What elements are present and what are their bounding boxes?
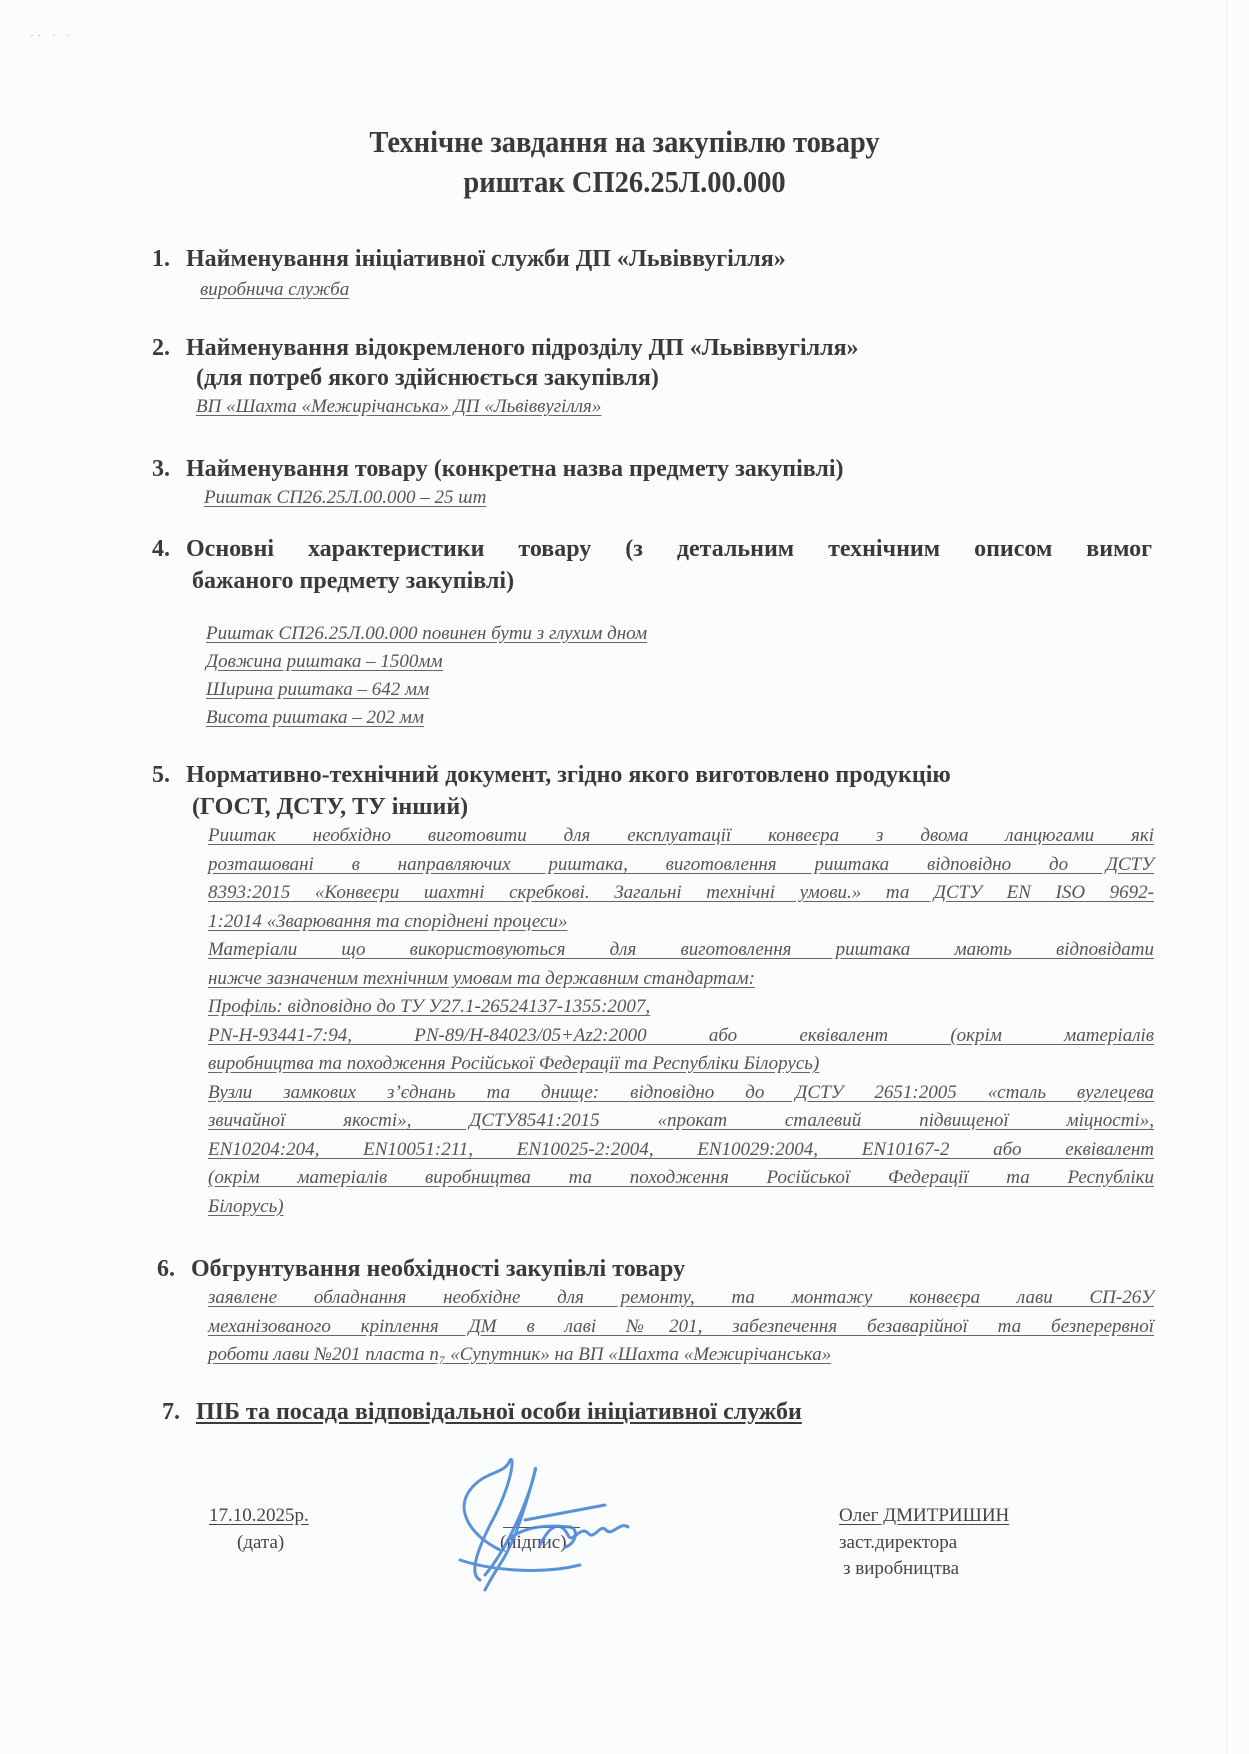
section-number: 1. bbox=[152, 244, 186, 274]
section-heading-cont: бажаного предмету закупівлі) bbox=[152, 566, 1152, 596]
section-heading: ПІБ та посада відповідальної особи ініці… bbox=[196, 1399, 802, 1425]
body-line: Профіль: відповідно до ТУ У27.1-26524137… bbox=[208, 996, 650, 1017]
section-heading-cont: (для потреб якого здійснюється закупівля… bbox=[152, 363, 1052, 393]
section-4: 4.Основні характеристики товару (з детал… bbox=[152, 534, 1152, 732]
date-label: (дата) bbox=[237, 1532, 284, 1554]
scan-mark: ·· · · bbox=[30, 30, 74, 42]
body-line: роботи лави №201 пласта n₇ «Супутник» на… bbox=[208, 1344, 831, 1365]
body-line: заявлене обладнання необхідне для ремонт… bbox=[208, 1284, 1154, 1313]
spec-line: Ширина риштака – 642 мм bbox=[206, 679, 429, 700]
section-body: Риштак необхідно виготовити для експлуат… bbox=[152, 822, 1154, 1221]
body-line: виробництва та походження Російської Фед… bbox=[208, 1053, 819, 1074]
section-value: ВП «Шахта «Межирічанська» ДП «Львіввугіл… bbox=[196, 396, 601, 417]
section-heading: Найменування товару (конкретна назва пре… bbox=[186, 456, 844, 482]
section-heading-cont: (ГОСТ, ДСТУ, ТУ інший) bbox=[152, 792, 1154, 822]
section-number: 2. bbox=[152, 333, 186, 363]
section-1: 1.Найменування ініціативної служби ДП «Л… bbox=[152, 244, 1052, 304]
spec-line: Риштак СП26.25Л.00.000 повинен бути з гл… bbox=[206, 623, 647, 644]
section-heading: Нормативно-технічний документ, згідно як… bbox=[186, 762, 951, 788]
section-value: виробнича служба bbox=[200, 279, 349, 300]
position-line-1: заст.директора bbox=[839, 1532, 957, 1554]
document-title: Технічне завдання на закупівлю товару ри… bbox=[50, 122, 1199, 202]
section-number: 3. bbox=[152, 454, 186, 484]
body-line: звичайної якості», ДСТУ8541:2015 «прокат… bbox=[208, 1107, 1154, 1136]
section-heading: Основні характеристики товару (з детальн… bbox=[186, 534, 1152, 564]
spec-line: Довжина риштака – 1500мм bbox=[206, 651, 443, 672]
section-heading: Обгрунтування необхідності закупівлі тов… bbox=[191, 1256, 685, 1282]
body-line: Матеріали що використовуються для вигото… bbox=[208, 936, 1154, 965]
section-number: 7. bbox=[162, 1397, 196, 1427]
section-number: 6. bbox=[157, 1254, 191, 1284]
section-3: 3.Найменування товару (конкретна назва п… bbox=[152, 454, 1052, 512]
page-edge bbox=[1226, 0, 1227, 1754]
position-line-2: з виробництва bbox=[843, 1558, 959, 1580]
title-line-2: риштак СП26.25Л.00.000 bbox=[50, 162, 1199, 202]
body-line: Білорусь) bbox=[208, 1196, 284, 1217]
spec-line: Висота риштака – 202 мм bbox=[206, 707, 424, 728]
body-line: 8393:2015 «Конвеєри шахтні скребкові. За… bbox=[208, 879, 1154, 908]
section-body: заявлене обладнання необхідне для ремонт… bbox=[157, 1284, 1154, 1370]
body-line: 1:2014 «Зварювання та споріднені процеси… bbox=[208, 911, 567, 932]
responsible-person-name: Олег ДМИТРИШИН bbox=[839, 1505, 1009, 1527]
section-2: 2.Найменування відокремленого підрозділу… bbox=[152, 333, 1052, 421]
body-line: (окрім матеріалів виробництва та походже… bbox=[208, 1164, 1154, 1193]
body-line: EN10204:204, EN10051:211, EN10025-2:2004… bbox=[208, 1136, 1154, 1165]
section-number: 4. bbox=[152, 534, 186, 564]
body-line: нижче зазначеним технічним умовам та дер… bbox=[208, 968, 755, 989]
body-line: Риштак необхідно виготовити для експлуат… bbox=[208, 822, 1154, 851]
section-value: Риштак СП26.25Л.00.000 – 25 шт bbox=[204, 487, 486, 508]
title-line-1: Технічне завдання на закупівлю товару bbox=[50, 122, 1199, 162]
body-line: механізованого кріплення ДМ в лаві №201,… bbox=[208, 1313, 1154, 1342]
document-page: ·· · · Технічне завдання на закупівлю то… bbox=[0, 0, 1249, 1754]
body-line: Вузли замкових з’єднань та днище: відпов… bbox=[208, 1079, 1154, 1108]
section-6: 6.Обгрунтування необхідності закупівлі т… bbox=[157, 1254, 1154, 1370]
section-5: 5.Нормативно-технічний документ, згідно … bbox=[152, 760, 1154, 1221]
section-number: 5. bbox=[152, 760, 186, 790]
section-7: 7.ПІБ та посада відповідальної особи іні… bbox=[162, 1397, 1062, 1427]
handwritten-signature-icon bbox=[430, 1455, 660, 1605]
date-value: 17.10.2025р. bbox=[209, 1505, 309, 1527]
section-heading: Найменування відокремленого підрозділу Д… bbox=[186, 335, 859, 361]
body-line: розташовані в направляючих риштака, виго… bbox=[208, 851, 1154, 880]
section-heading: Найменування ініціативної служби ДП «Льв… bbox=[186, 246, 786, 272]
body-line: PN-H-93441-7:94, PN-89/H-84023/05+Az2:20… bbox=[208, 1022, 1154, 1051]
